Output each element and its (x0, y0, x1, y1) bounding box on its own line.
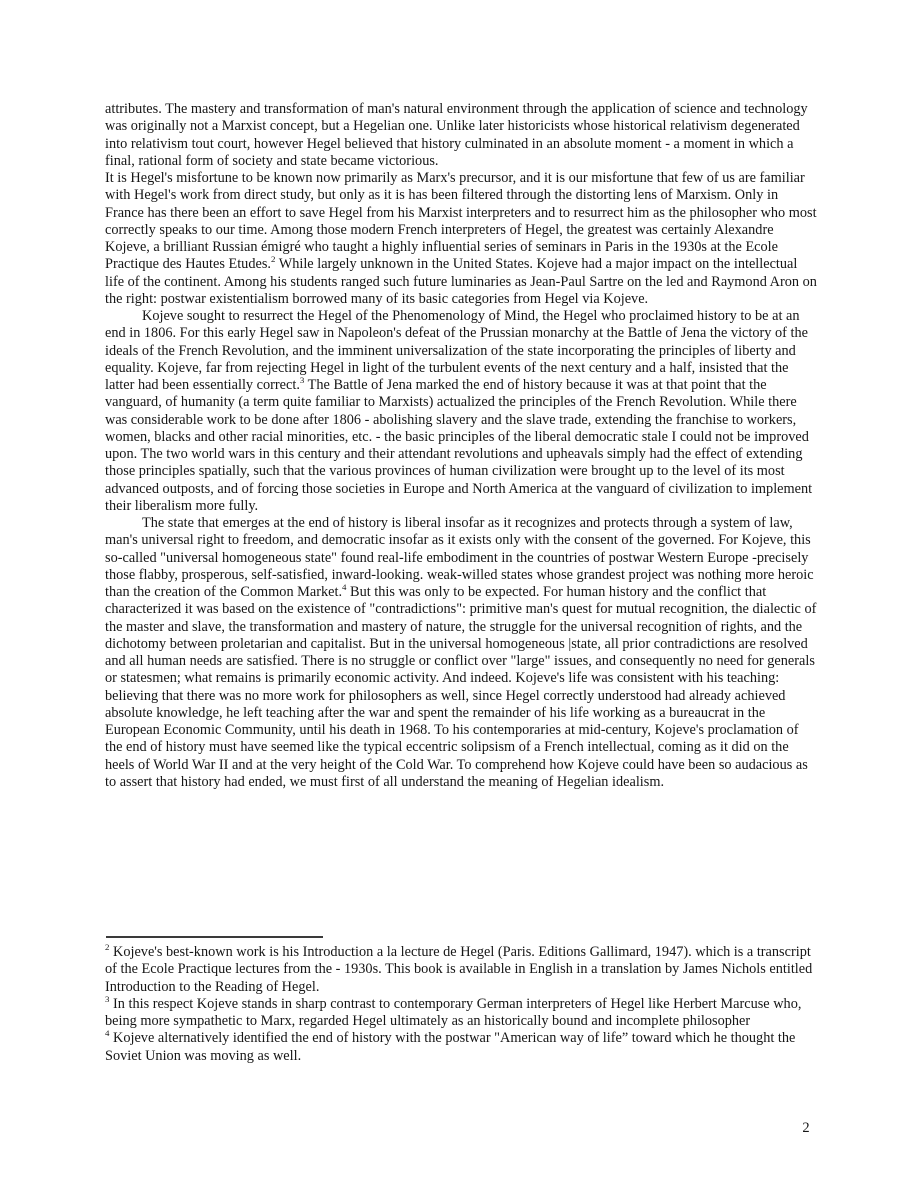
paragraph: It is Hegel's misfortune to be known now… (105, 170, 817, 308)
footnote-marker: 2 (105, 942, 109, 952)
footnote-ref: 4 (342, 582, 346, 592)
footnote-marker: 4 (105, 1028, 109, 1038)
footnote-marker: 3 (105, 994, 109, 1004)
footnote-ref: 2 (271, 254, 275, 264)
footnote: 2 Kojeve's best-known work is his Introd… (105, 944, 819, 996)
document-page: attributes. The mastery and transformati… (0, 0, 920, 1191)
paragraph: The state that emerges at the end of his… (105, 515, 817, 791)
footnote: 4 Kojeve alternatively identified the en… (105, 1030, 819, 1065)
footnote-separator (106, 936, 323, 938)
paragraph: Kojeve sought to resurrect the Hegel of … (105, 308, 817, 515)
footnote-ref: 3 (300, 375, 304, 385)
paragraph: attributes. The mastery and transformati… (105, 101, 817, 170)
footnote: 3 In this respect Kojeve stands in sharp… (105, 996, 819, 1031)
body-text: attributes. The mastery and transformati… (105, 101, 817, 791)
page-number: 2 (786, 1120, 826, 1137)
footnotes: 2 Kojeve's best-known work is his Introd… (105, 944, 819, 1065)
